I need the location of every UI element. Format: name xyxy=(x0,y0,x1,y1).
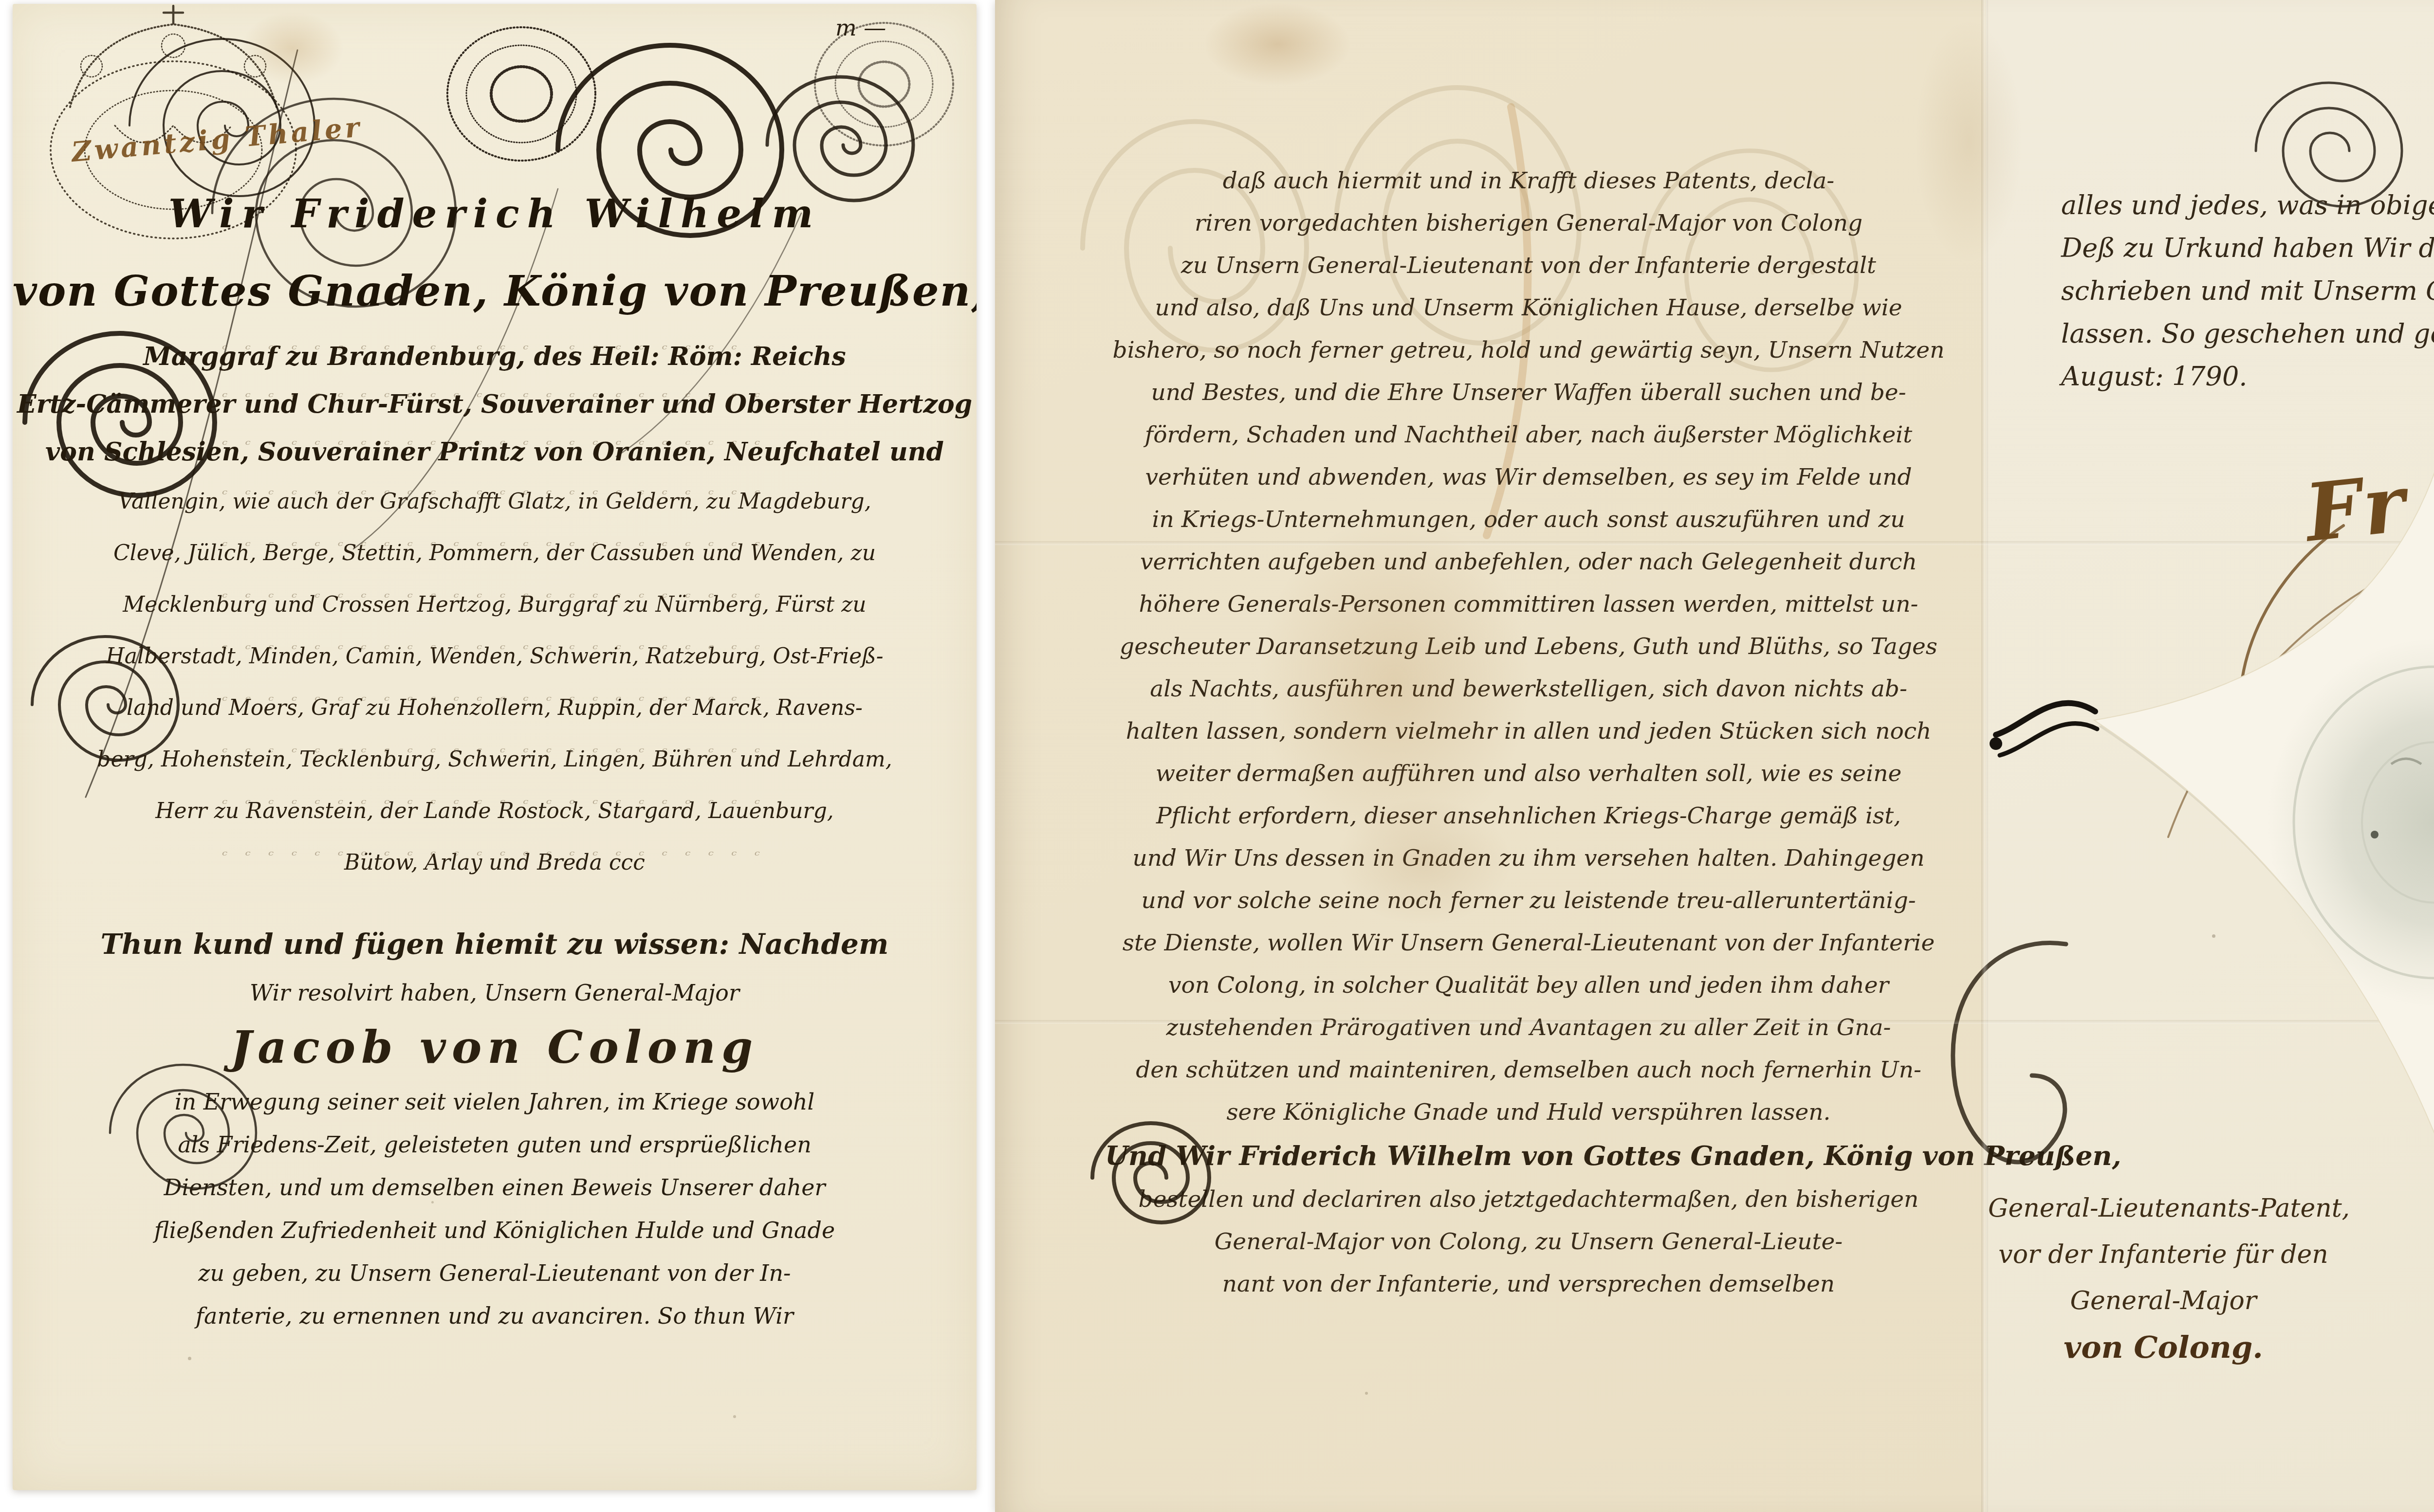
document-bifolium: daß auch hiermit und in Krafft dieses Pa… xyxy=(995,0,2434,1512)
intitulatio-line: Mecklenburg und Crossen Hertzog, Burggra… xyxy=(13,579,977,631)
document-scan: Zwantzig Thaler m — Wir Friderich Wilhel… xyxy=(0,0,2434,1512)
pen-flourish-icon xyxy=(1068,1105,1234,1251)
royal-intitulatio: Wir Friderich Wilhelmvon Gottes Gnaden, … xyxy=(13,177,977,889)
document-page-1: Zwantzig Thaler m — Wir Friderich Wilhel… xyxy=(13,4,977,1490)
patent-body-line: fördern, Schaden und Nachtheil aber, nac… xyxy=(1105,414,1952,456)
patent-body-line: als Nachts, ausführen und bewerkstellige… xyxy=(1105,668,1952,710)
patent-body-line: Pflicht erfordern, dieser ansehnlichen K… xyxy=(1105,795,1952,837)
intitulatio-line: land und Moers, Graf zu Hohenzollern, Ru… xyxy=(13,682,977,734)
patent-body-line: zustehenden Prärogativen und Avantagen z… xyxy=(1105,1006,1952,1049)
promulgatio-line: Thun kund und fügen hiemit zu wissen: Na… xyxy=(13,917,977,971)
patent-body-line: und Bestes, und die Ehre Unserer Waffen … xyxy=(1105,371,1952,414)
paper-speck xyxy=(431,1201,434,1203)
closing-line: Deß zu Urkund haben Wir dieses Patent Ei… xyxy=(2061,227,2434,270)
patent-body-line: und Wir Uns dessen in Gnaden zu ihm vers… xyxy=(1105,837,1952,879)
paper-seal xyxy=(1968,394,2434,1324)
patent-body-line: riren vorgedachten bisherigen General-Ma… xyxy=(1105,202,1952,244)
patent-body-line: und vor solche seine noch ferner zu leis… xyxy=(1105,879,1952,922)
patent-body-line: von Colong, in solcher Qualität bey alle… xyxy=(1105,964,1952,1006)
intitulatio-line: Cleve, Jülich, Berge, Stettin, Pommern, … xyxy=(13,528,977,579)
promulgatio-line: Wir resolvirt haben, Unsern General-Majo… xyxy=(13,971,977,1014)
promulgatio-line: in Erwegung seiner seit vielen Jahren, i… xyxy=(13,1080,977,1123)
paper-speck xyxy=(733,1415,736,1418)
registry-mark: m — xyxy=(835,15,886,41)
paper-speck xyxy=(1365,1392,1368,1395)
intitulatio-line: Ertz-Cämmerer und Chur-Fürst, Souveraine… xyxy=(13,381,977,428)
seal-smudge xyxy=(2371,831,2379,838)
patent-body-line: verhüten und abwenden, was Wir demselben… xyxy=(1105,456,1952,498)
promulgatio-line: als Friedens-Zeit, geleisteten guten und… xyxy=(13,1123,977,1166)
docket-line: von Colong. xyxy=(1988,1324,2339,1370)
patent-body-line: zu Unsern General-Lieutenant von der Inf… xyxy=(1105,244,1952,287)
intitulatio-line: von Gottes Gnaden, König von Preußen, xyxy=(13,250,977,333)
patent-body-line: bishero, so noch ferner getreu, hold und… xyxy=(1105,329,1952,371)
intitulatio-line: Vallengin, wie auch der Grafschafft Glat… xyxy=(13,476,977,528)
patent-body-line: halten lassen, sondern vielmehr in allen… xyxy=(1105,710,1952,752)
intitulatio-line: Wir Friderich Wilhelm xyxy=(13,177,977,250)
patent-body-line: in Kriegs-Unternehmungen, oder auch sons… xyxy=(1105,498,1952,541)
seal-cord-icon xyxy=(1990,703,2097,755)
patent-body-line: weiter dermaßen aufführen und also verha… xyxy=(1105,752,1952,795)
closing-line: schrieben und mit Unserm Gnaden-Siegel b… xyxy=(2061,270,2434,312)
closing-line: August: 1790. xyxy=(2061,355,2434,398)
patent-body-line: daß auch hiermit und in Krafft dieses Pa… xyxy=(1105,160,1952,202)
closing-line: lassen. So geschehen und gegeben. Berlin… xyxy=(2061,312,2434,355)
intitulatio-line: Halberstadt, Minden, Camin, Wenden, Schw… xyxy=(13,631,977,682)
patent-body-line: ste Dienste, wollen Wir Unsern General-L… xyxy=(1105,922,1952,964)
patent-body-line: höhere Generals-Personen committiren las… xyxy=(1105,583,1952,625)
promulgatio-line: fließenden Zufriedenheit und Königlichen… xyxy=(13,1209,977,1252)
intitulatio-line: Bütow, Arlay und Breda ccc xyxy=(13,837,977,889)
intitulatio-line: Herr zu Ravenstein, der Lande Rostock, S… xyxy=(13,785,977,837)
intitulatio-line: berg, Hohenstein, Tecklenburg, Schwerin,… xyxy=(13,734,977,785)
promulgatio-line: Jacob von Colong xyxy=(13,1014,977,1080)
closing-line: alles und jedes, was in obigem mit mehre… xyxy=(2061,184,2434,227)
patent-body-line: den schützen und mainteniren, demselben … xyxy=(1105,1049,1952,1091)
patent-body-line: verrichten aufgeben und anbefehlen, oder… xyxy=(1105,541,1952,583)
paper-speck xyxy=(2212,934,2215,938)
docket-line: vor der Infanterie für den xyxy=(1988,1232,2339,1278)
patent-body-line: und also, daß Uns und Unserm Königlichen… xyxy=(1105,287,1952,329)
patent-body-line: nant von der Infanterie, und versprechen… xyxy=(1105,1263,1952,1305)
docket-line: General-Lieutenants-Patent, xyxy=(1988,1185,2339,1232)
promulgatio-line: Diensten, und um demselben einen Beweis … xyxy=(13,1166,977,1209)
docket-endorsement: General-Lieutenants-Patent,vor der Infan… xyxy=(1988,1185,2339,1370)
intitulatio-line: Marggraf zu Brandenburg, des Heil: Röm: … xyxy=(13,333,977,381)
patent-body-line: gescheuter Daransetzung Leib und Lebens,… xyxy=(1105,625,1952,668)
promulgatio-line: fanterie, zu ernennen und zu avanciren. … xyxy=(13,1294,977,1337)
promulgatio-line: zu geben, zu Unsern General-Lieutenant v… xyxy=(13,1252,977,1294)
corroboratio-dateline: alles und jedes, was in obigem mit mehre… xyxy=(2061,184,2434,398)
promulgatio-text: Thun kund und fügen hiemit zu wissen: Na… xyxy=(13,917,977,1337)
paper-speck xyxy=(188,1357,191,1360)
intitulatio-line: von Schlesien, Souverainer Printz von Or… xyxy=(13,428,977,476)
docket-line: General-Major xyxy=(1988,1278,2339,1324)
